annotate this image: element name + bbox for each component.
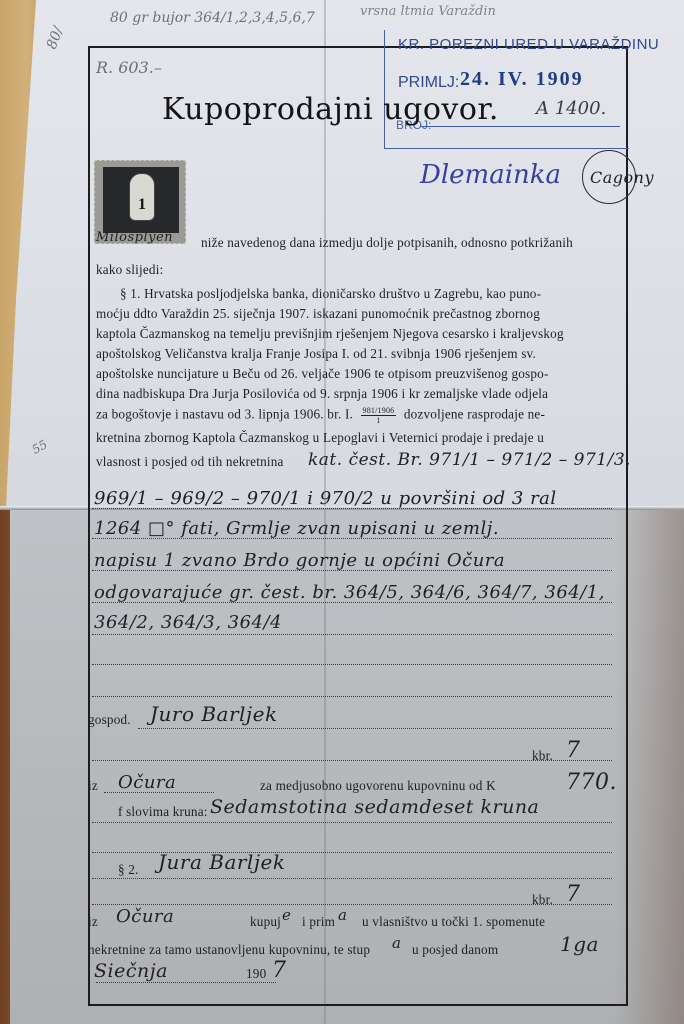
section2-receives-label: i prim: [302, 914, 335, 930]
section2-text-after: u vlasništvo u točki 1. spomenute: [362, 914, 545, 930]
ruled-line: [92, 664, 612, 665]
flourish-signature: Cagony: [590, 168, 654, 187]
buyer-name: Juro Barljek: [150, 702, 278, 726]
buyer-label: gospod.: [88, 712, 131, 728]
price-words-value: Sedamstotina sedamdeset kruna: [210, 796, 539, 818]
intro-line-1: niže navedenog dana izmedju dolje potpis…: [201, 235, 573, 251]
possession-month: Siečnja: [94, 960, 168, 982]
section1-line-9-print: vlasnost i posjed od tih nekretnina: [96, 454, 284, 470]
section2-from-place: Očura: [116, 906, 174, 927]
title-annotation: A 1400.: [536, 98, 606, 119]
section2-buys-hand: e: [282, 906, 291, 924]
registration-number: R. 603.–: [96, 58, 162, 77]
handwritten-line-2: 1264 □° fati, Grmlje zvan upisani u zeml…: [94, 518, 499, 539]
possession-day: 1ga: [560, 932, 599, 956]
price-value: 770.: [566, 770, 617, 795]
stamp-received-label: PRIMLJ:: [398, 74, 459, 92]
stamp-received-date: 24. IV. 1909: [460, 68, 584, 91]
fraction-numerator: 981/1906: [361, 406, 397, 416]
cadastral-parcels-handwritten: kat. čest. Br. 971/1 – 971/2 – 971/3.: [308, 450, 631, 470]
stamp-cancellation-signature: Milosplyen: [96, 230, 173, 245]
section2-from-label: iz: [88, 914, 98, 930]
ruled-line: [92, 822, 612, 823]
section2-line2-after: u posjed danom: [412, 942, 498, 958]
section1-line-3: kaptola Čazmanskog na temelju previšnjim…: [96, 326, 564, 342]
ruled-line: [104, 792, 214, 793]
ruled-line: [92, 760, 612, 761]
handwritten-line-1: 969/1 – 969/2 – 970/1 i 970/2 u površini…: [94, 488, 557, 509]
price-words-label: f slovima kruna:: [118, 804, 208, 820]
handwritten-line-4: odgovarajuće gr. čest. br. 364/5, 364/6,…: [94, 582, 605, 603]
intro-line-2: kako slijedi:: [96, 262, 163, 278]
office-stamp-name: KR. POREZNI URED U VARAŽDINU: [398, 36, 659, 53]
ruled-line: [92, 878, 612, 879]
section1-line-7: za bogoštovje i nastavu od 3. lipnja 190…: [96, 406, 545, 425]
document-title: Kupoprodajni ugovor.: [162, 92, 499, 127]
ruled-line: [96, 982, 276, 983]
crown-emblem-icon: 1: [129, 173, 155, 221]
section2-name: Jura Barljek: [158, 850, 285, 874]
section1-line-6: dina nadbiskupa Dra Jurja Posilovića od …: [96, 386, 548, 402]
pencil-top-note-right: vrsna ltmia Varaždin: [360, 4, 496, 19]
ruled-line: [92, 904, 612, 905]
buyer-house-label: kbr.: [532, 748, 553, 764]
section1-line-1: § 1. Hrvatska posljodjelska banka, dioni…: [120, 286, 541, 302]
section2-buys-label: kupuj: [250, 914, 281, 930]
ruled-line: [92, 634, 612, 635]
buyer-from-label: iz: [88, 778, 98, 794]
section1-line-4: apoštolskog Veličanstva kralja Franje Jo…: [96, 346, 536, 362]
section1-line-2: moćju ddto Varaždin 25. siječnja 1907. i…: [96, 306, 540, 322]
ruled-line: [138, 728, 612, 729]
buyer-from-place: Očura: [118, 772, 176, 793]
pencil-top-note: 80 gr bujor 364/1,2,3,4,5,6,7: [110, 10, 315, 26]
section2-house-label: kbr.: [532, 892, 553, 908]
section1-line-7-before: za bogoštovje i nastavu od 3. lipnja 190…: [96, 407, 353, 422]
year-prefix: 190: [246, 966, 266, 982]
handwritten-line-5: 364/2, 364/3, 364/4: [94, 612, 282, 633]
section1-line-7-after: dozvoljene rasprodaje ne-: [404, 407, 545, 422]
price-label: za medjusobno ugovorenu kupovninu od K: [260, 778, 496, 794]
decree-number-fraction: 981/1906 1: [361, 406, 397, 425]
handwritten-line-3: napisu 1 zvano Brdo gornje u općini Očur…: [94, 550, 505, 571]
fraction-denominator: 1: [361, 416, 397, 425]
revenue-stamp-engraving: 1: [103, 167, 179, 233]
section1-line-8: kretnina zbornog Kaptola Čazmanskog u Le…: [96, 430, 544, 446]
section2-receives-hand: a: [338, 906, 347, 924]
section2-line2-hand: a: [392, 934, 401, 952]
blue-ink-signature: Dlemainka: [420, 160, 561, 190]
section1-line-5: apoštolske nuncijature u Beču od 26. vel…: [96, 366, 549, 382]
section2-label: § 2.: [118, 862, 139, 878]
ruled-line: [92, 696, 612, 697]
year-suffix: 7: [272, 958, 287, 983]
section2-line2-before: nekretnine za tamo ustanovljenu kupovnin…: [88, 942, 370, 958]
revenue-stamp-value: 1: [130, 196, 154, 214]
